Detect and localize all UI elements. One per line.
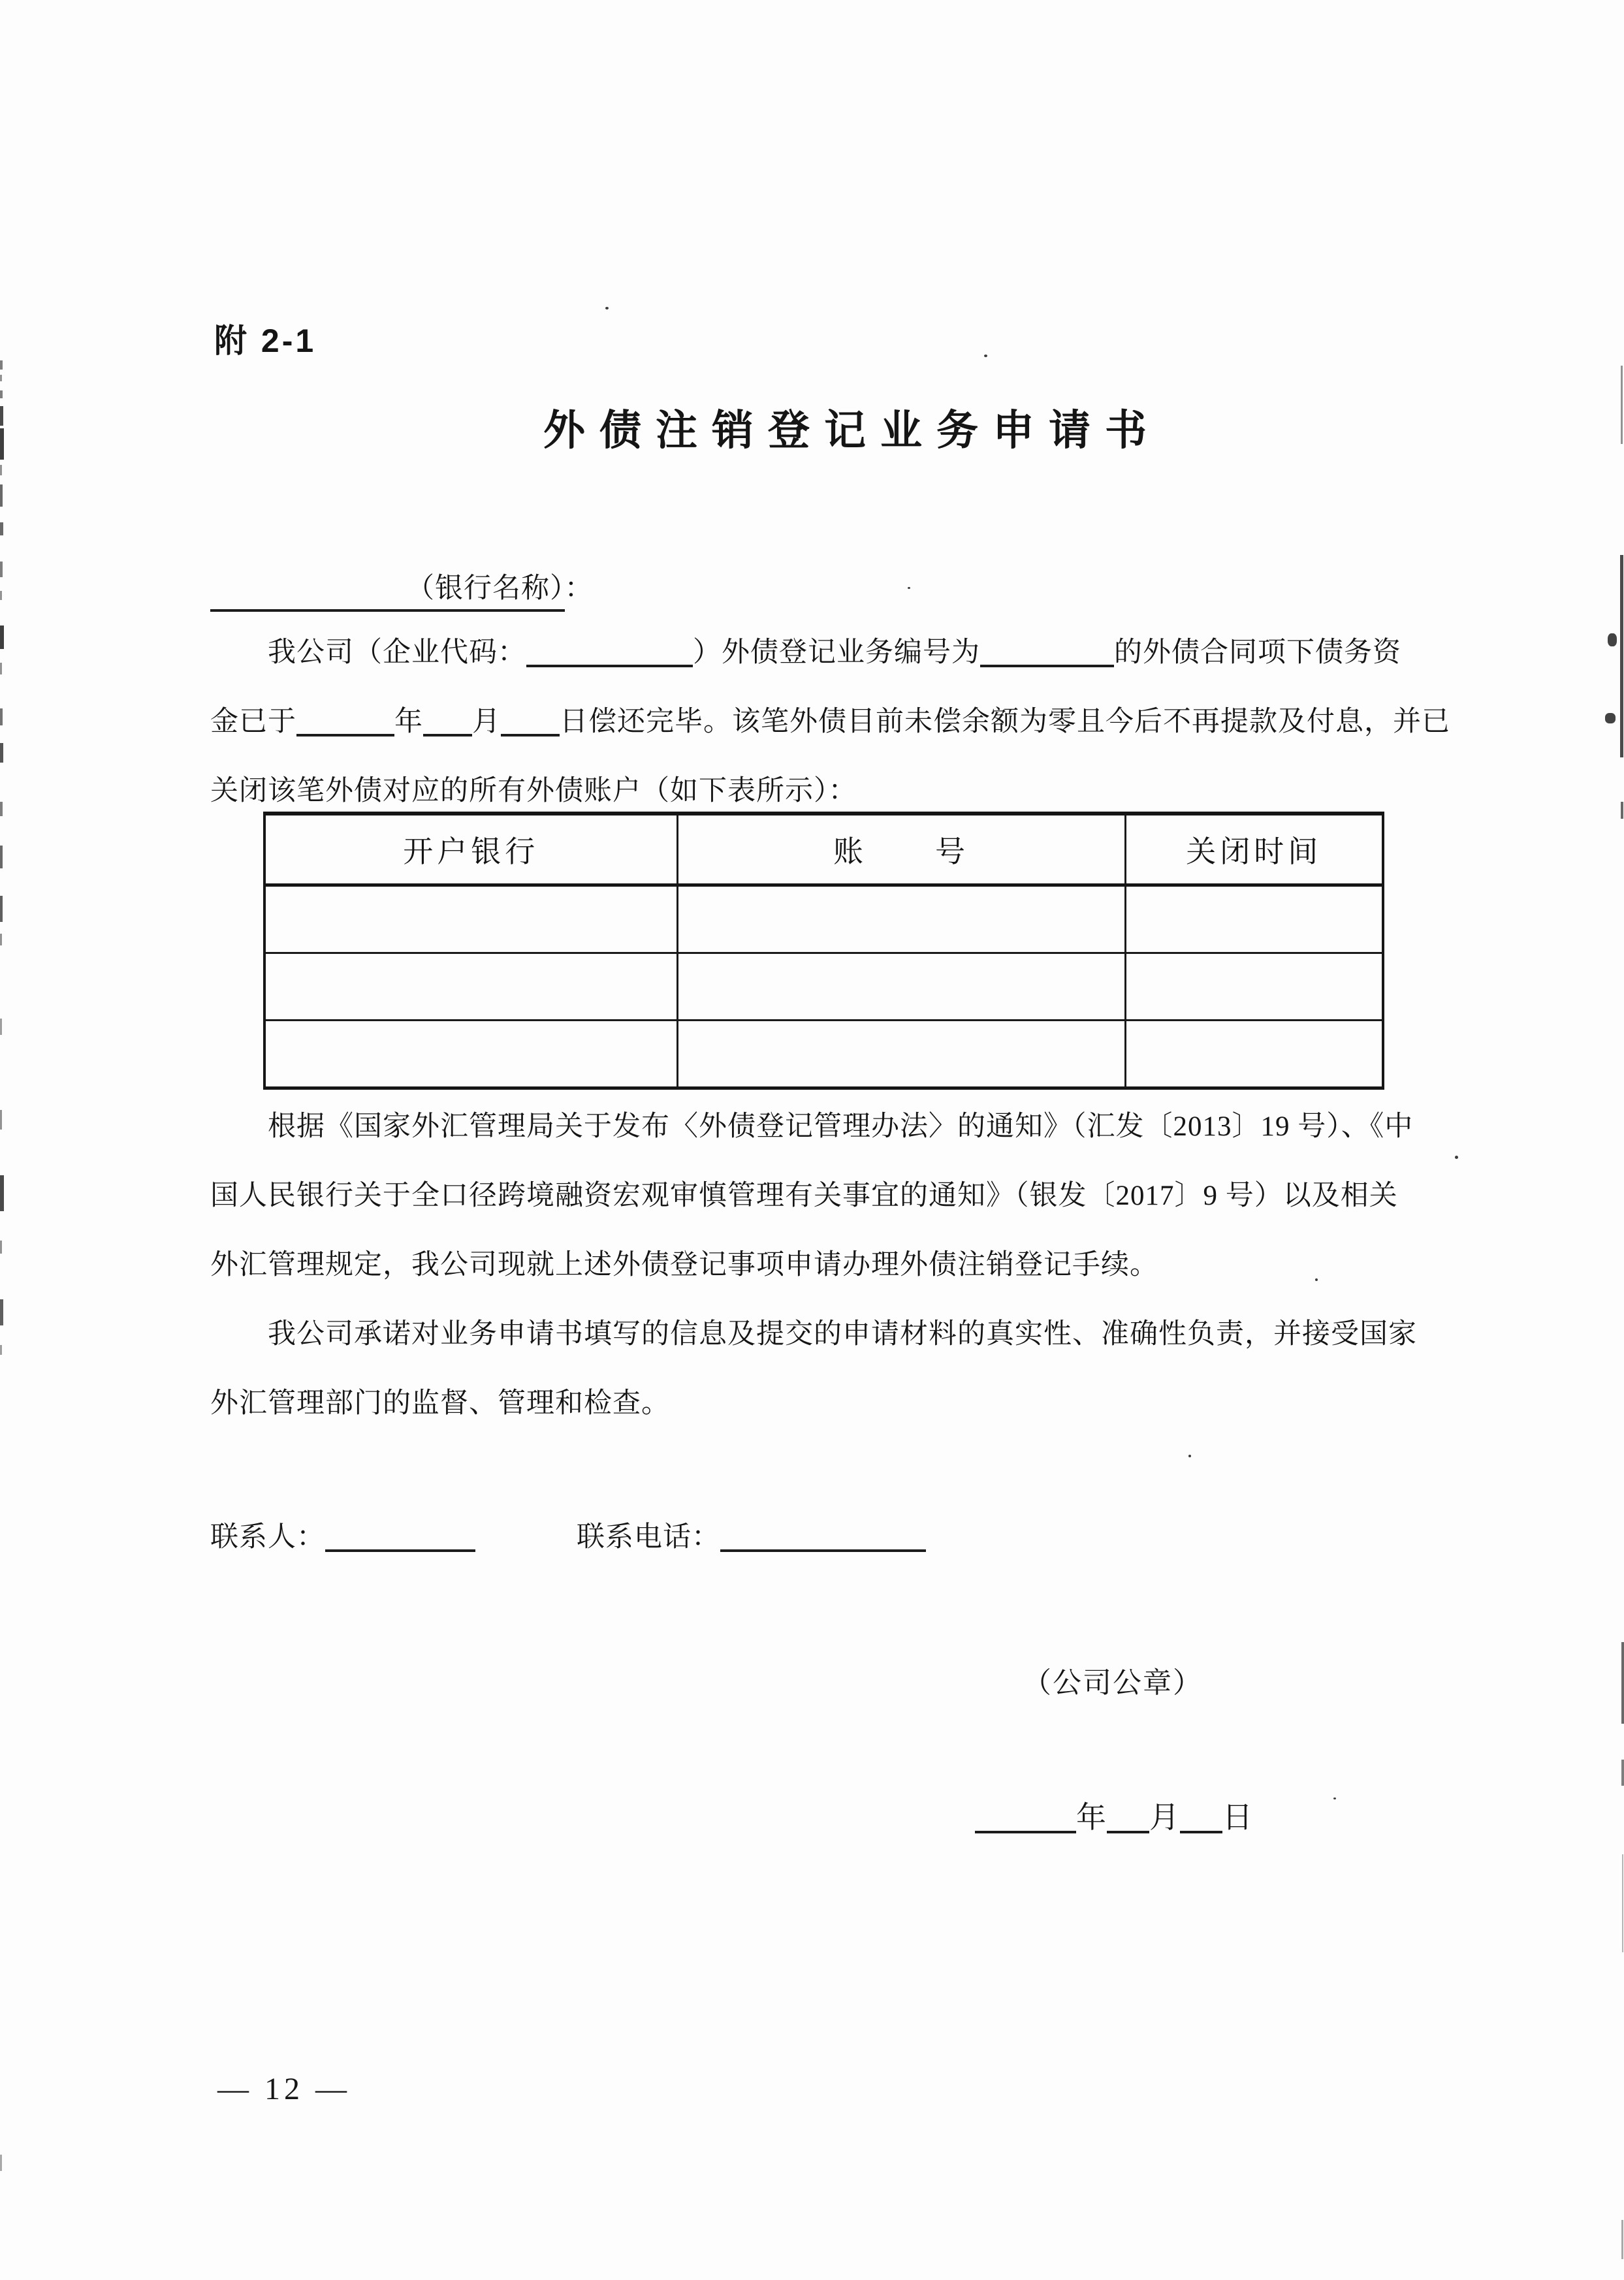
body-paragraph-1-line-1: 我公司（企业代码：）外债登记业务编号为的外债合同项下债务资 xyxy=(268,637,1401,669)
scan-artifact xyxy=(0,1019,2,1035)
paragraph-text: 我公司（企业代码： xyxy=(268,637,526,668)
contact-phone-label: 联系电话： xyxy=(577,1522,720,1553)
table-cell xyxy=(264,1021,677,1088)
table-cell xyxy=(1125,953,1383,1021)
scan-artifact xyxy=(0,465,2,475)
scan-speck xyxy=(1315,1278,1318,1281)
document-title: 外债注销登记业务申请书 xyxy=(543,397,1161,457)
bank-name-label: （银行名称） xyxy=(406,573,565,604)
date-month-label: 月 xyxy=(1149,1801,1180,1834)
table-row xyxy=(264,885,1383,953)
scan-artifact xyxy=(0,375,2,381)
date-year-label: 年 xyxy=(1076,1801,1107,1834)
table-cell xyxy=(264,885,677,953)
scan-artifact xyxy=(1621,366,1623,444)
paragraph-text: 的外债合同项下债务资 xyxy=(1114,637,1401,668)
date-day-label: 日 xyxy=(1222,1801,1253,1834)
scan-artifact xyxy=(0,846,3,868)
company-code-blank xyxy=(526,637,693,667)
company-seal-note: （公司公章） xyxy=(1023,1659,1203,1701)
scan-artifact xyxy=(0,2155,2,2171)
body-paragraph-2-line-1: 根据《国家外汇管理局关于发布〈外债登记管理办法〉的通知》（汇发〔2013〕19 … xyxy=(268,1111,1413,1143)
scan-artifact xyxy=(1621,802,1623,819)
date-line: 年月日 xyxy=(975,1801,1253,1835)
table-cell xyxy=(264,953,677,1021)
scan-artifact xyxy=(0,390,3,398)
bank-name-blank xyxy=(210,569,406,597)
scan-artifact xyxy=(0,663,2,674)
column-header-bank: 开户银行 xyxy=(264,814,677,885)
table-cell xyxy=(1125,885,1383,953)
scan-artifact xyxy=(0,1175,4,1211)
scan-artifact xyxy=(0,934,2,945)
page-number: — 12 — xyxy=(217,2071,351,2107)
date-year-blank xyxy=(975,1801,1076,1833)
scan-artifact xyxy=(0,1241,2,1254)
scan-artifact xyxy=(0,562,3,577)
scan-artifact xyxy=(0,484,3,507)
table-cell xyxy=(677,885,1125,953)
table-cell xyxy=(677,953,1125,1021)
scan-artifact xyxy=(1621,2220,1623,2259)
registration-number-blank xyxy=(980,637,1114,667)
contact-person-label: 联系人： xyxy=(210,1522,325,1553)
contact-line: 联系人：联系电话： xyxy=(210,1521,926,1553)
scan-artifact xyxy=(0,802,3,816)
scan-blob-artifact xyxy=(1608,633,1617,646)
date-day-blank xyxy=(1180,1801,1222,1833)
table-header-row: 开户银行 账 号 关闭时间 xyxy=(264,814,1383,885)
bank-name-colon: ： xyxy=(565,573,594,604)
scan-artifact xyxy=(0,708,3,725)
body-paragraph-2-line-3: 外汇管理规定，我公司现就上述外债登记事项申请办理外债注销登记手续。 xyxy=(210,1249,1158,1281)
paragraph-text: 月 xyxy=(472,706,501,737)
scan-artifact xyxy=(0,1345,2,1355)
scan-speck xyxy=(1188,1455,1191,1457)
paragraph-text: 年 xyxy=(394,706,423,737)
scan-speck xyxy=(605,307,609,309)
scan-artifact xyxy=(0,625,4,649)
scan-artifact xyxy=(0,591,2,600)
body-paragraph-3-line-2: 外汇管理部门的监督、管理和检查。 xyxy=(210,1387,670,1419)
paragraph-text: 金已于 xyxy=(210,706,296,737)
scan-speck xyxy=(908,587,910,589)
bank-name-underline: （银行名称） xyxy=(210,573,565,612)
scan-artifact xyxy=(0,1299,3,1325)
accounts-table: 开户银行 账 号 关闭时间 xyxy=(263,812,1384,1090)
bank-name-line: （银行名称）： xyxy=(210,569,594,605)
repay-day-blank xyxy=(501,706,560,736)
paragraph-text: 日偿还完毕。该笔外债目前未偿余额为零且今后不再提款及付息，并已 xyxy=(560,706,1450,737)
paragraph-text: ）外债登记业务编号为 xyxy=(693,637,980,668)
scanned-document-page: 附 2-1 外债注销登记业务申请书 （银行名称）： 我公司（企业代码：）外债登记… xyxy=(0,0,1624,2280)
scan-artifact xyxy=(1621,1760,1624,1786)
body-paragraph-1-line-3: 关闭该笔外债对应的所有外债账户（如下表所示）： xyxy=(210,775,857,807)
table-row xyxy=(264,1021,1383,1088)
scan-artifact xyxy=(1622,1854,1623,1952)
column-header-close-time: 关闭时间 xyxy=(1125,814,1383,885)
repay-month-blank xyxy=(423,706,472,736)
scan-artifact xyxy=(0,522,3,535)
body-paragraph-1-line-2: 金已于年月日偿还完毕。该笔外债目前未偿余额为零且今后不再提款及付息，并已 xyxy=(210,706,1450,738)
scan-artifact xyxy=(1621,1642,1624,1724)
scan-speck xyxy=(1455,1156,1458,1159)
scan-artifact xyxy=(0,896,3,922)
body-paragraph-2-line-2: 国人民银行关于全口径跨境融资宏观审慎管理有关事宜的通知》（银发〔2017〕9 号… xyxy=(210,1180,1398,1212)
scan-artifact xyxy=(0,406,3,426)
table-cell xyxy=(1125,1021,1383,1088)
column-header-account-number: 账 号 xyxy=(677,814,1125,885)
attachment-number: 附 2-1 xyxy=(214,315,316,362)
date-month-blank xyxy=(1107,1801,1149,1833)
body-paragraph-3-line-1: 我公司承诺对业务申请书填写的信息及提交的申请材料的真实性、准确性负责，并接受国家 xyxy=(268,1318,1417,1350)
scan-speck xyxy=(984,355,987,357)
scan-speck xyxy=(1333,1797,1336,1799)
scan-artifact xyxy=(0,743,3,763)
table-row xyxy=(264,953,1383,1021)
scan-artifact xyxy=(0,428,4,460)
scan-artifact xyxy=(0,1110,2,1130)
table-cell xyxy=(677,1021,1125,1088)
scan-artifact xyxy=(1620,555,1623,757)
contact-person-blank xyxy=(325,1521,475,1552)
contact-phone-blank xyxy=(720,1521,926,1552)
repay-year-blank xyxy=(296,706,394,736)
scan-artifact xyxy=(0,360,3,370)
scan-blob-artifact xyxy=(1605,713,1616,723)
